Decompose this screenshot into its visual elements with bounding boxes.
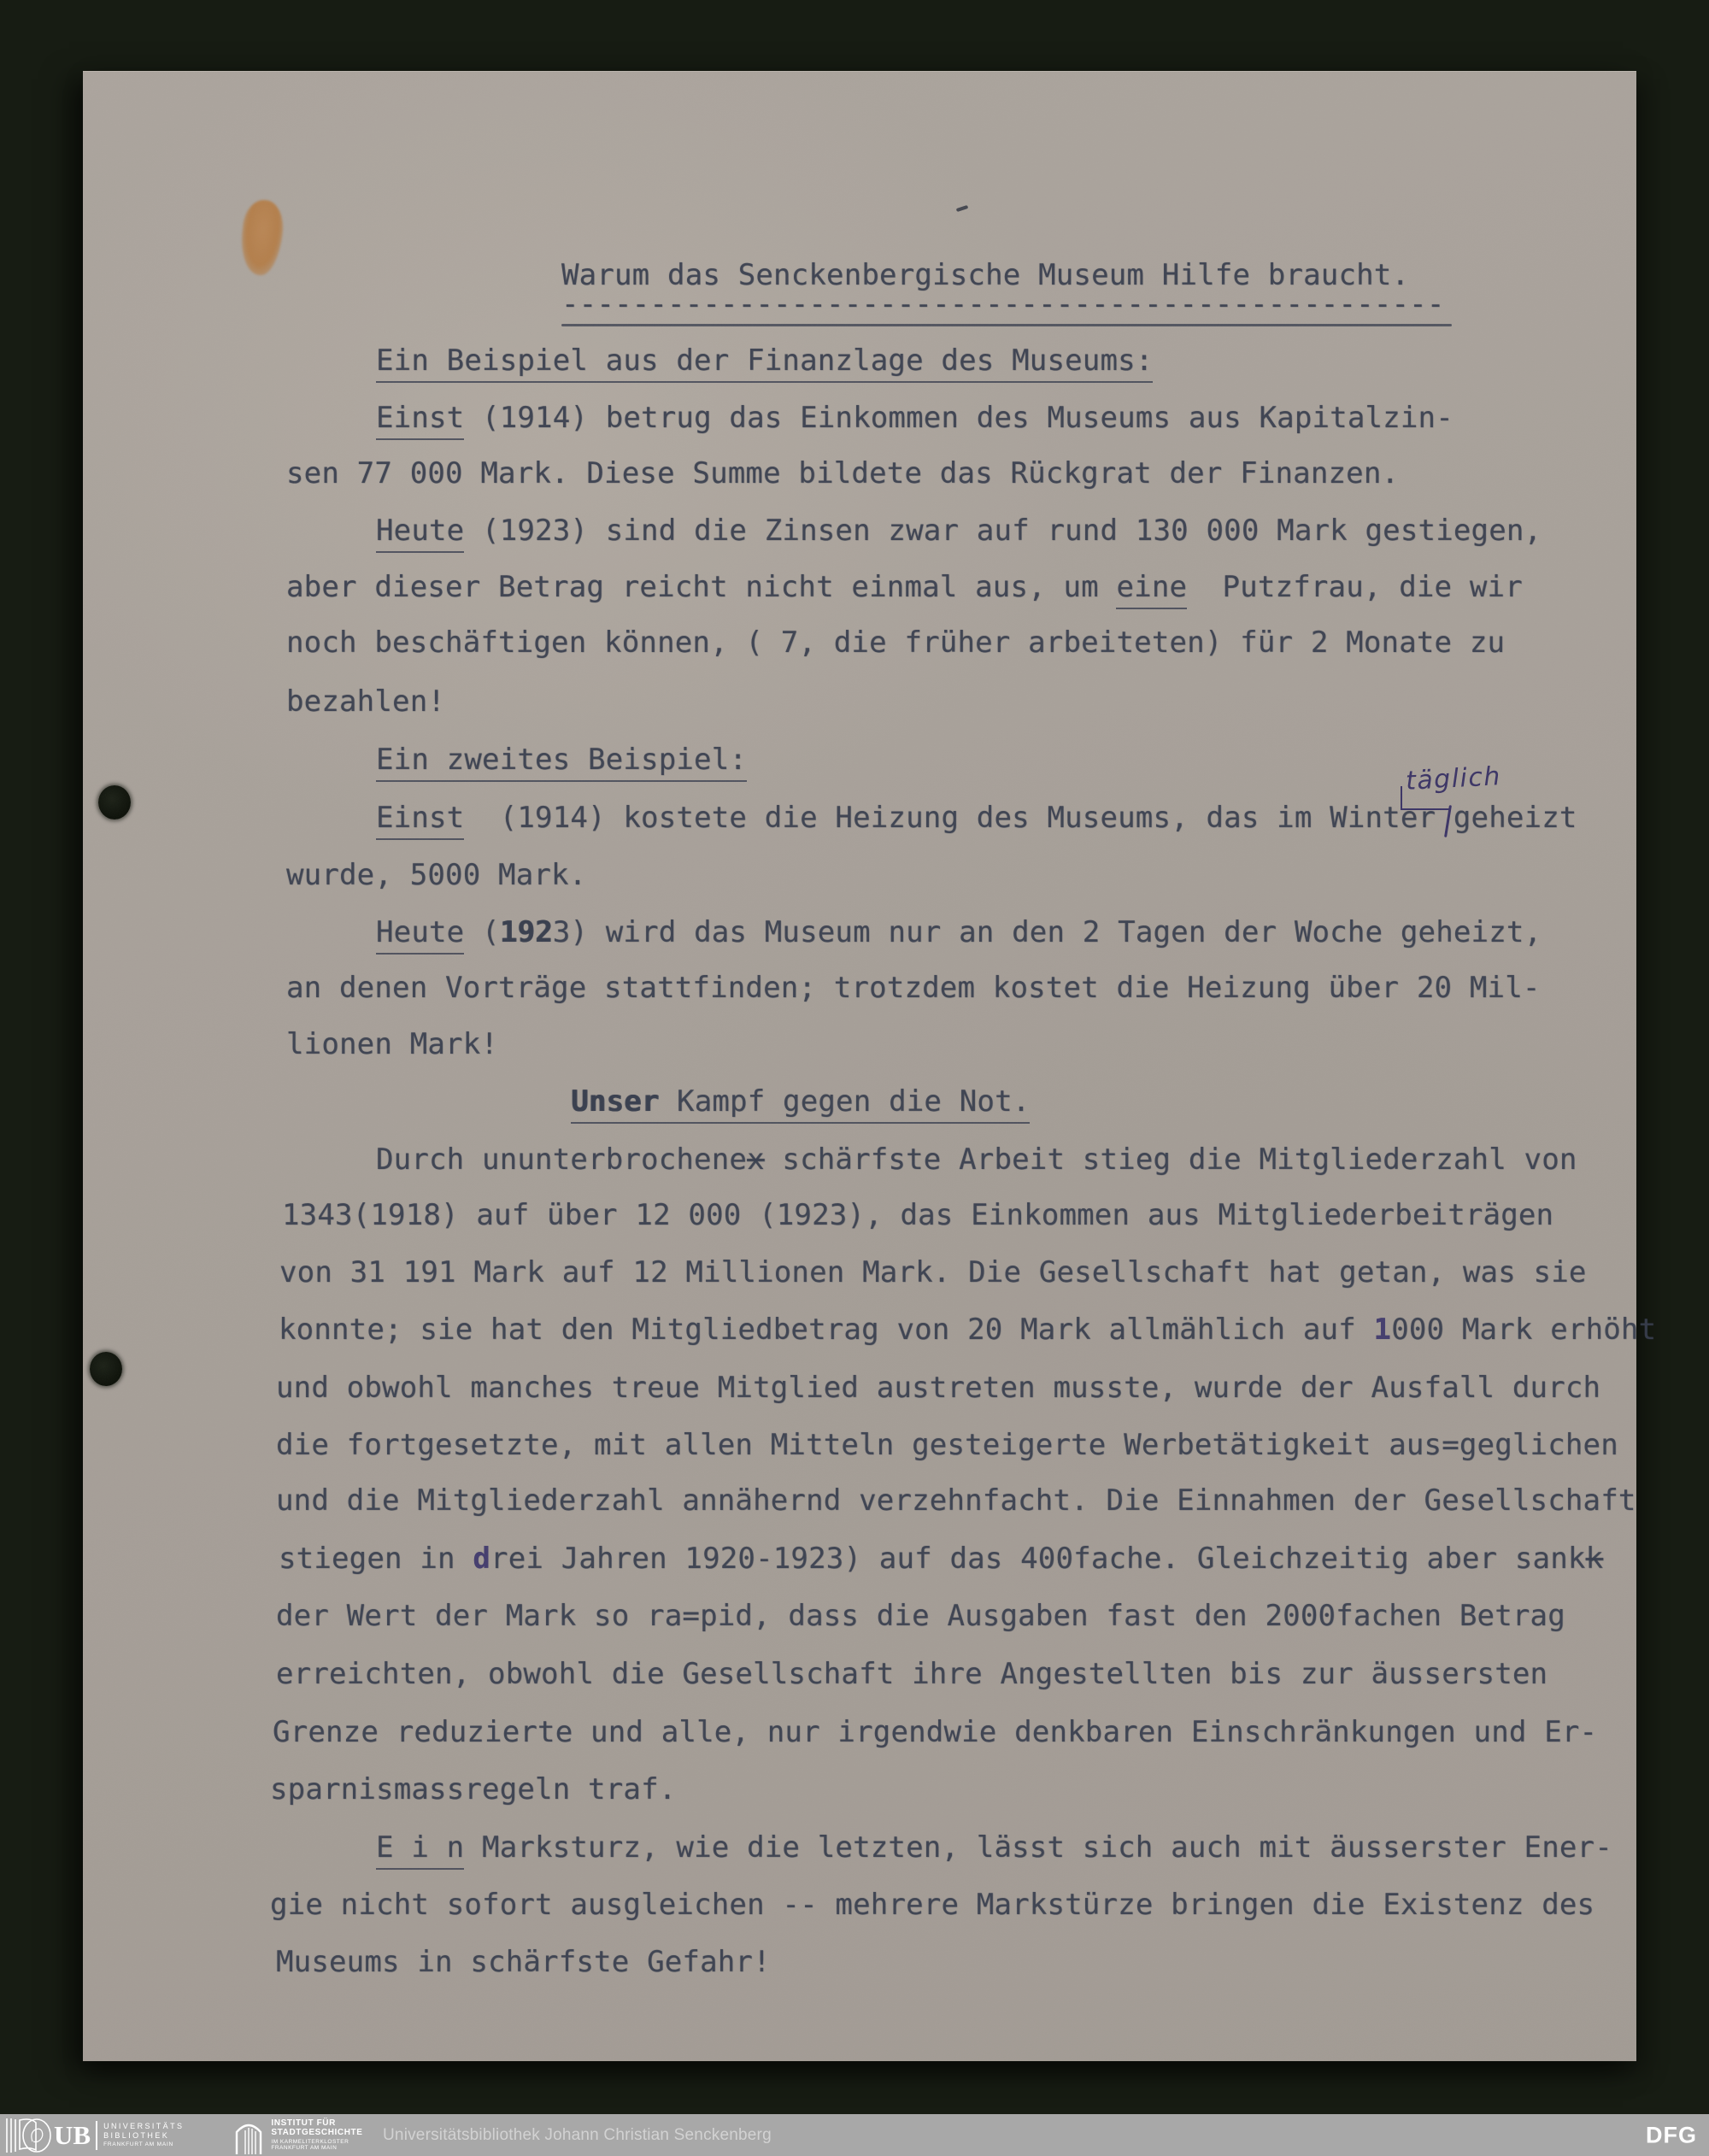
ub-logo-line: UNIVERSITÄTS	[103, 2123, 184, 2130]
text-segment: Museums in schärfste Gefahr!	[276, 1945, 771, 1979]
underlined-text: Ein Beispiel aus der Finanzlage des Muse…	[376, 344, 1153, 383]
text-segment: gie nicht sofort ausgleichen -- mehrere …	[270, 1888, 1594, 1922]
ub-logo-line: FRANKFURT AM MAIN	[103, 2142, 184, 2148]
ub-logo-line: BIBLIOTHEK	[103, 2132, 184, 2140]
heading-our-fight: Unser Kampf gegen die Not.	[571, 1084, 1030, 1119]
punch-hole-bottom	[90, 1352, 122, 1386]
typewritten-line: sparnismassregeln traf.	[270, 1772, 676, 1806]
punch-hole-top	[98, 785, 131, 820]
typewritten-line: von 31 191 Mark auf 12 Millionen Mark. D…	[279, 1255, 1587, 1289]
institut-logo-line: INSTITUT FÜR	[271, 2119, 362, 2128]
ink-speck	[956, 205, 969, 212]
text-segment: erreichten, obwohl die Gesellschaft ihre…	[276, 1657, 1547, 1691]
typewritten-line: und die Mitgliederzahl annähernd verzehn…	[276, 1483, 1636, 1518]
text-segment: an denen Vorträge stattfinden; trotzdem …	[286, 971, 1541, 1005]
typewritten-line: 1343(1918) auf über 12 000 (1923), das E…	[282, 1198, 1553, 1232]
typewritten-line: der Wert der Mark so ra=pid, dass die Au…	[276, 1599, 1565, 1633]
text-segment: Putzfrau, die wir	[1187, 570, 1523, 604]
gothic-arch-icon	[233, 2117, 264, 2154]
institut-logo-line: STADTGESCHICHTE	[271, 2129, 362, 2137]
heading-second-example: Ein zweites Beispiel:	[376, 743, 747, 777]
text-segment: aber dieser Betrag reicht nicht einmal a…	[286, 570, 1116, 604]
text-segment: 1343(1918) auf über 12 000 (1923), das E…	[282, 1198, 1553, 1232]
typewritten-line: erreichten, obwohl die Gesellschaft ihre…	[276, 1657, 1547, 1691]
typewritten-line: stiegen in drei Jahren 1920-1923) auf da…	[279, 1542, 1603, 1576]
typewritten-line: gie nicht sofort ausgleichen -- mehrere …	[270, 1888, 1594, 1922]
typewritten-line: noch beschäftigen können, ( 7, die frühe…	[286, 626, 1505, 660]
text-segment: und obwohl manches treue Mitglied austre…	[276, 1371, 1600, 1405]
text-segment: noch beschäftigen können, ( 7, die frühe…	[286, 626, 1505, 660]
text-segment: der Wert der Mark so ra=pid, dass die Au…	[276, 1599, 1565, 1633]
underlined-text: eine	[1116, 570, 1187, 609]
underlined-text: E i n	[376, 1830, 464, 1870]
typewritten-line: und obwohl manches treue Mitglied austre…	[276, 1371, 1600, 1405]
ub-logo-abbr: UB	[54, 2117, 91, 2154]
text-segment: (	[464, 915, 499, 949]
ub-logo-divider	[96, 2121, 97, 2150]
typewritten-line: Durch ununterbrochenex schärfste Arbeit …	[376, 1143, 1577, 1177]
text-segment: wurde, 5000 Mark.	[286, 858, 586, 892]
underlined-text: Heute	[376, 915, 464, 955]
typewritten-line: die fortgesetzte, mit allen Mitteln gest…	[276, 1428, 1618, 1462]
institut-logo-line: FRANKFURT AM MAIN	[271, 2146, 362, 2152]
text-segment: Durch ununterbrochene	[376, 1143, 747, 1177]
text-segment: (1914) betrug das Einkommen des Museums …	[464, 401, 1454, 435]
underlined-text: Einst	[376, 801, 464, 840]
underlined-text: Heute	[376, 514, 464, 553]
text-segment: die fortgesetzte, mit allen Mitteln gest…	[276, 1428, 1618, 1462]
typewritten-line: Heute (1923) sind die Zinsen zwar auf ru…	[376, 514, 1542, 548]
text-segment: 000 Mark erhöht	[1391, 1313, 1656, 1347]
text-segment: bezahlen!	[286, 684, 445, 719]
title-dashed-rule: ----------------------------------------…	[561, 287, 1445, 321]
dfg-logo: DFG	[1646, 2122, 1697, 2148]
text-segment: 192	[500, 915, 553, 949]
text-segment: und die Mitgliederzahl annähernd verzehn…	[276, 1483, 1636, 1518]
handwritten-correction: 1	[1374, 1313, 1392, 1347]
typewritten-line: an denen Vorträge stattfinden; trotzdem …	[286, 971, 1541, 1005]
typewritten-line: Grenze reduzierte und alle, nur irgendwi…	[273, 1715, 1597, 1749]
text-segment: konnte; sie hat den Mitgliedbetrag von 2…	[279, 1313, 1374, 1347]
text-segment: Marksturz, wie die letzten, lässt sich a…	[464, 1830, 1612, 1865]
text-segment: (1914) kostete die Heizung des Museums, …	[464, 801, 1436, 835]
typewritten-line: bezahlen!	[286, 684, 445, 719]
heading-first-example: Ein Beispiel aus der Finanzlage des Muse…	[376, 344, 1153, 378]
typewritten-line: Einst (1914) betrug das Einkommen des Mu…	[376, 401, 1454, 435]
underlined-text: Ein zweites Beispiel:	[376, 743, 747, 782]
typewritten-line: aber dieser Betrag reicht nicht einmal a…	[286, 570, 1523, 604]
typewritten-line: Einst (1914) kostete die Heizung des Mus…	[376, 801, 1577, 835]
text-segment: Grenze reduzierte und alle, nur irgendwi…	[273, 1715, 1597, 1749]
typed-rule	[561, 324, 1452, 326]
paper-stain	[238, 198, 286, 277]
paper: täglich Warum das Senckenbergische Museu…	[83, 71, 1636, 2061]
text-segment: stiegen in	[279, 1542, 473, 1576]
handwritten-correction: d	[473, 1542, 490, 1576]
underlined-text: Kampf gegen die Not.	[659, 1084, 1030, 1124]
text-segment: ----------------------------------------…	[561, 287, 1445, 321]
institut-stadtgeschichte-logo: INSTITUT FÜR STADTGESCHICHTE IM KARMELIT…	[233, 2117, 362, 2154]
footer-caption: Universitätsbibliothek Johann Christian …	[383, 2126, 772, 2145]
typewritten-line: Heute (1923) wird das Museum nur an den …	[376, 915, 1542, 949]
typewritten-line: lionen Mark!	[286, 1027, 498, 1061]
struck-out-text: x	[747, 1143, 765, 1177]
text-segment: schärfste Arbeit stieg die Mitgliederzah…	[765, 1143, 1577, 1177]
text-segment: geheizt	[1436, 801, 1577, 835]
text-segment: rei Jahren 1920-1923) auf das 400fache. …	[490, 1542, 1586, 1576]
text-segment: lionen Mark!	[286, 1027, 498, 1061]
struck-out-text: k	[1586, 1542, 1604, 1576]
text-segment: sen 77 000 Mark. Diese Summe bildete das…	[286, 456, 1399, 491]
text-segment: von 31 191 Mark auf 12 Millionen Mark. D…	[279, 1255, 1587, 1289]
underlined-text: Einst	[376, 401, 464, 440]
text-segment: sparnismassregeln traf.	[270, 1772, 676, 1806]
typewritten-line: konnte; sie hat den Mitgliedbetrag von 2…	[279, 1313, 1656, 1347]
text-segment: (1923) sind die Zinsen zwar auf rund 130…	[464, 514, 1542, 548]
typewritten-line: wurde, 5000 Mark.	[286, 858, 586, 892]
ub-logo: UB UNIVERSITÄTS BIBLIOTHEK FRANKFURT AM …	[4, 2117, 184, 2154]
typewritten-line: Museums in schärfste Gefahr!	[276, 1945, 771, 1979]
typewritten-line: sen 77 000 Mark. Diese Summe bildete das…	[286, 456, 1399, 491]
scanned-document-viewer: { "scan": { "background_color": "#171c13…	[0, 0, 1709, 2156]
text-segment: 3) wird das Museum nur an den 2 Tagen de…	[553, 915, 1542, 949]
typewritten-line: E i n Marksturz, wie die letzten, lässt …	[376, 1830, 1612, 1865]
footer-bar: UB UNIVERSITÄTS BIBLIOTHEK FRANKFURT AM …	[0, 2114, 1709, 2156]
underlined-text: Unser	[571, 1084, 659, 1124]
